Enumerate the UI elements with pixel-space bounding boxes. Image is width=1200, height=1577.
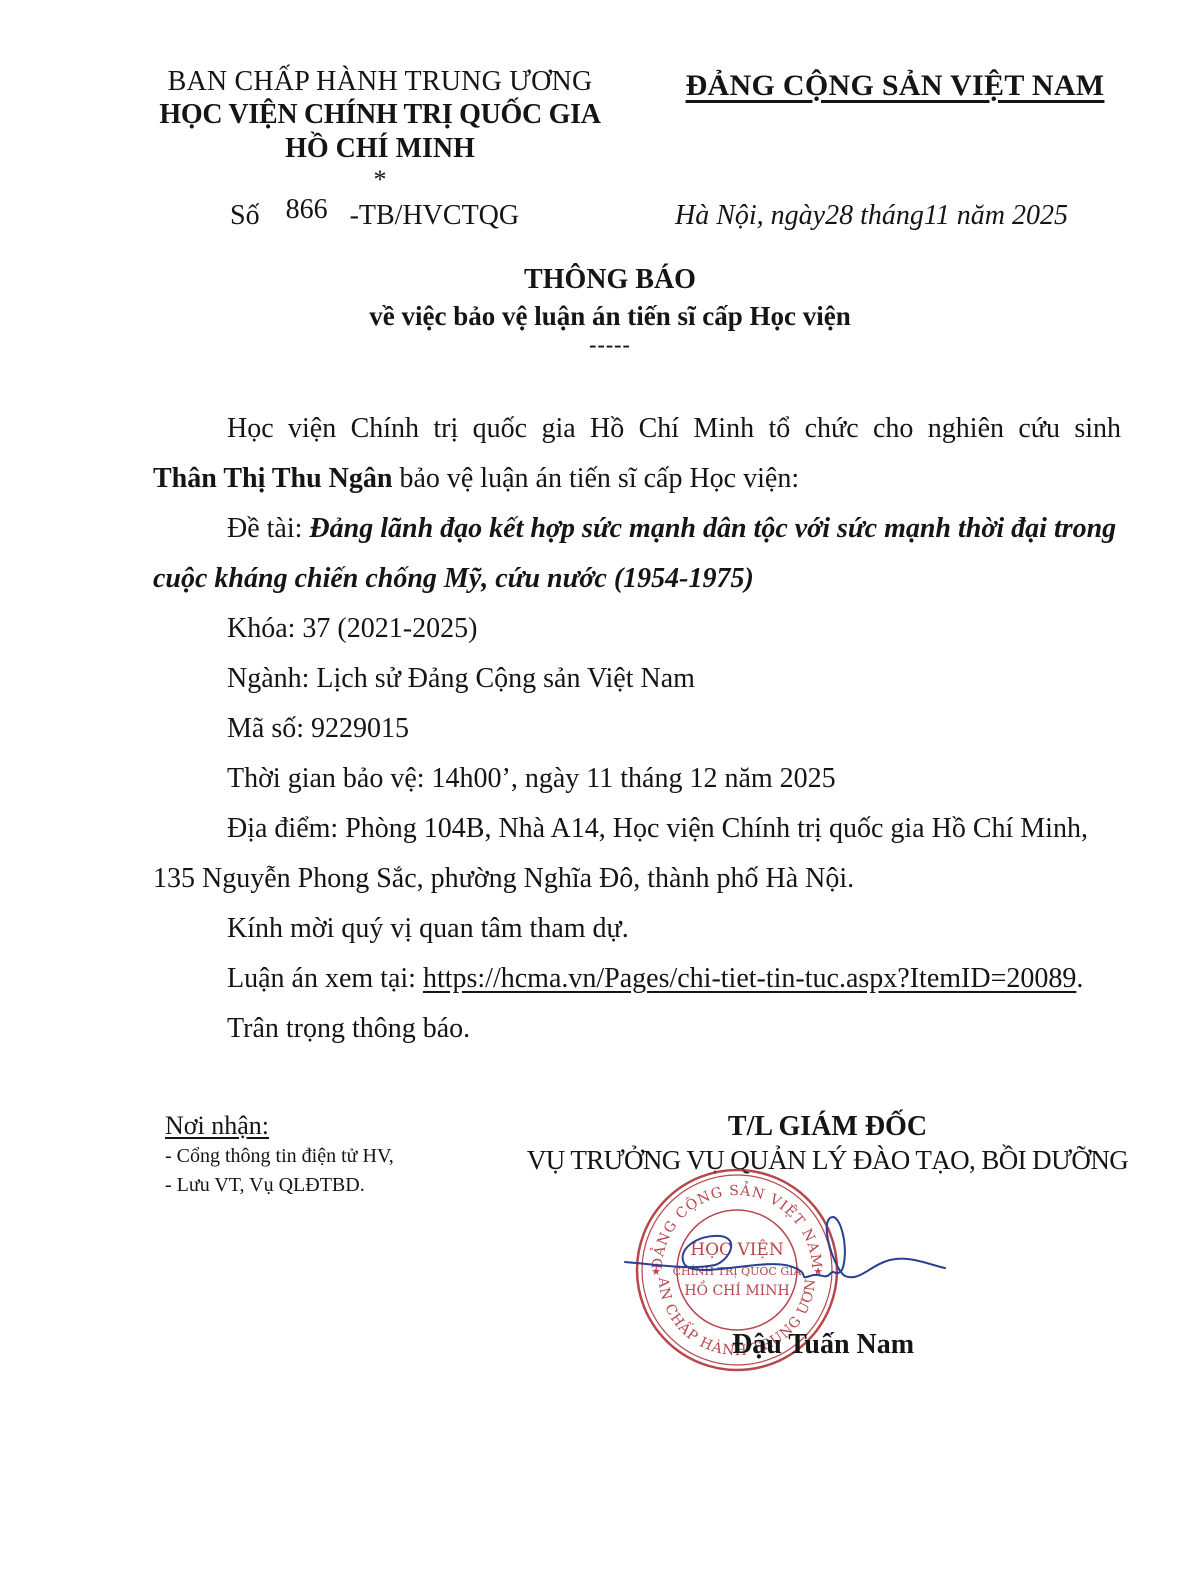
document-title: THÔNG BÁO bbox=[300, 262, 920, 298]
place-and-date: Hà Nội, ngày28 tháng11 năm 2025 bbox=[675, 198, 1068, 234]
doc-number-value: 866 bbox=[286, 194, 328, 225]
recipient-item: - Lưu VT, Vụ QLĐTBD. bbox=[165, 1171, 394, 1200]
on-behalf-label: T/L GIÁM ĐỐC bbox=[515, 1110, 1140, 1144]
thesis-link-line: Luận án xem tại: https://hcma.vn/Pages/c… bbox=[153, 954, 1121, 1004]
closing-text: Trân trọng thông báo. bbox=[153, 1004, 1121, 1054]
location-line1: Địa điểm: Phòng 104B, Nhà A14, Học viện … bbox=[153, 804, 1121, 854]
document-number: Số866-TB/HVCTQG bbox=[230, 198, 519, 234]
recipients-heading: Nơi nhận: bbox=[165, 1110, 394, 1142]
candidate-line-rest: bảo vệ luận án tiến sĩ cấp Học viện: bbox=[392, 463, 799, 494]
central-committee-label: BAN CHẤP HÀNH TRUNG ƯƠNG bbox=[140, 66, 620, 98]
signer-name: Đậu Tuấn Nam bbox=[732, 1328, 914, 1362]
star-separator: * bbox=[140, 168, 620, 192]
major-info: Ngành: Lịch sử Đảng Cộng sản Việt Nam bbox=[153, 654, 1121, 704]
defense-time-info: Thời gian bảo vệ: 14h00’, ngày 11 tháng … bbox=[153, 754, 1121, 804]
recipients-block: Nơi nhận: - Cổng thông tin điện tử HV, -… bbox=[165, 1110, 394, 1200]
code-info: Mã số: 9229015 bbox=[153, 704, 1121, 754]
location-line2: 135 Nguyễn Phong Sắc, phường Nghĩa Đô, t… bbox=[153, 854, 1121, 904]
doc-number-suffix: -TB/HVCTQG bbox=[350, 200, 520, 231]
thesis-link-trailing: . bbox=[1076, 963, 1083, 994]
handwritten-signature-icon bbox=[620, 1210, 950, 1320]
topic-title-part1: Đảng lãnh đạo kết hợp sức mạnh dân tộc v… bbox=[309, 513, 1116, 544]
candidate-line: Thân Thị Thu Ngân bảo vệ luận án tiến sĩ… bbox=[153, 454, 1121, 504]
intro-line: Học viện Chính trị quốc gia Hồ Chí Minh … bbox=[153, 404, 1121, 454]
recipient-item: - Cổng thông tin điện tử HV, bbox=[165, 1142, 394, 1171]
invitation-text: Kính mời quý vị quan tâm tham dự. bbox=[153, 904, 1121, 954]
issuing-authority-block: BAN CHẤP HÀNH TRUNG ƯƠNG HỌC VIỆN CHÍNH … bbox=[140, 66, 620, 192]
academy-name-line1: HỌC VIỆN CHÍNH TRỊ QUỐC GIA bbox=[140, 98, 620, 132]
thesis-link-label: Luận án xem tại: bbox=[227, 963, 423, 994]
document-subtitle: về việc bảo vệ luận án tiến sĩ cấp Học v… bbox=[300, 298, 920, 334]
party-heading-block: ĐẢNG CỘNG SẢN VIỆT NAM bbox=[680, 68, 1110, 104]
candidate-name: Thân Thị Thu Ngân bbox=[153, 463, 392, 494]
doc-number-prefix: Số bbox=[230, 200, 260, 231]
announcement-body: Học viện Chính trị quốc gia Hồ Chí Minh … bbox=[153, 404, 1121, 1054]
party-name: ĐẢNG CỘNG SẢN VIỆT NAM bbox=[680, 68, 1110, 104]
topic-line1: Đề tài: Đảng lãnh đạo kết hợp sức mạnh d… bbox=[153, 504, 1121, 554]
cohort-info: Khóa: 37 (2021-2025) bbox=[153, 604, 1121, 654]
document-title-block: THÔNG BÁO về việc bảo vệ luận án tiến sĩ… bbox=[300, 262, 920, 356]
topic-label: Đề tài: bbox=[227, 513, 309, 544]
title-separator: ----- bbox=[300, 334, 920, 356]
thesis-link[interactable]: https://hcma.vn/Pages/chi-tiet-tin-tuc.a… bbox=[423, 963, 1076, 994]
topic-title-part2: cuộc kháng chiến chống Mỹ, cứu nước (195… bbox=[153, 554, 1121, 604]
academy-name-line2: HỒ CHÍ MINH bbox=[140, 132, 620, 166]
